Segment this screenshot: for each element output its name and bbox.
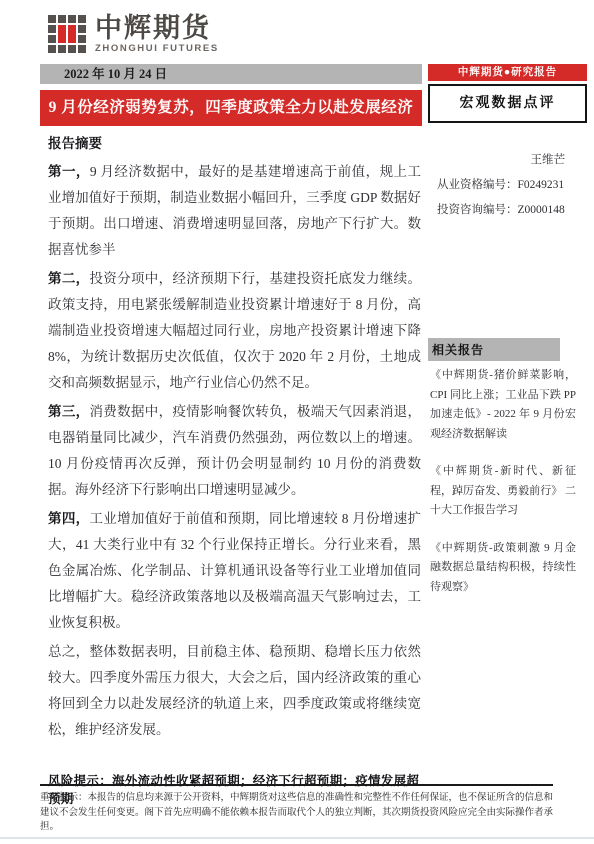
paragraph-text: 9 月经济数据中，最好的是基建增速高于前值，规上工业增加值好于预期，制造业数据小… <box>48 164 421 257</box>
related-reports-list: 《中辉期货-猪价鲜菜影响，CPI 同比上涨；工业品下跌 PP 加速走低》- 20… <box>430 366 576 615</box>
paragraph-lead: 第四， <box>48 511 89 526</box>
paragraph-text: 消费数据中，疫情影响餐饮转负，极端天气因素消退，电器销量同比减少，汽车消费仍然强… <box>48 404 421 497</box>
zhonghui-logo-icon <box>48 15 86 53</box>
analyst-qualification-no: 从业资格编号：F0249231 <box>428 173 587 198</box>
analyst-advisory-no: 投资咨询编号：Z0000148 <box>428 198 587 223</box>
disclaimer: 重要提示：本报告的信息均来源于公开资料，中辉期货对这些信息的准确性和完整性不作任… <box>40 784 553 835</box>
paragraph-text: 投资分项中，经济预期下行，基建投资托底发力继续。政策支持，用电紧张缓解制造业投资… <box>48 271 421 390</box>
paragraph-lead: 第一， <box>48 164 90 179</box>
paragraph-lead: 第二， <box>48 271 89 286</box>
brand-logo: 中辉期货 ZHONGHUI FUTURES <box>48 14 219 54</box>
report-date: 2022 年 10 月 24 日 <box>40 64 422 84</box>
summary-paragraph-5: 总之，整体数据表明，目前稳主体、稳预期、稳增长压力依然较大。四季度外需压力很大，… <box>48 639 421 743</box>
brand-text: 中辉期货 ZHONGHUI FUTURES <box>95 14 219 54</box>
related-reports-heading: 相关报告 <box>428 338 560 361</box>
summary-paragraph-4: 第四，工业增加值好于前值和预期，同比增速较 8 月份增速扩大，41 大类行业中有… <box>48 506 421 636</box>
paragraph-lead: 第三， <box>48 404 89 419</box>
summary-heading: 报告摘要 <box>48 131 421 157</box>
brand-name-en: ZHONGHUI FUTURES <box>95 43 219 54</box>
report-page: 中辉期货 ZHONGHUI FUTURES 2022 年 10 月 24 日 中… <box>0 0 594 844</box>
related-report-item: 《中辉期货-政策刺激 9 月金融数据总量结构积极，持续性待观察》 <box>430 539 576 598</box>
brand-name-cn: 中辉期货 <box>95 14 219 42</box>
paragraph-text: 工业增加值好于前值和预期，同比增速较 8 月份增速扩大，41 大类行业中有 32… <box>48 511 421 630</box>
analyst-name: 王维芒 <box>428 148 587 173</box>
bottom-divider <box>0 837 594 839</box>
report-title: 9 月份经济弱势复苏，四季度政策全力以赴发展经济 <box>40 90 422 126</box>
summary-paragraph-2: 第二，投资分项中，经济预期下行，基建投资托底发力继续。政策支持，用电紧张缓解制造… <box>48 266 421 396</box>
paragraph-text: 总之，整体数据表明，目前稳主体、稳预期、稳增长压力依然较大。四季度外需压力很大，… <box>48 644 421 737</box>
analyst-block: 王维芒 从业资格编号：F0249231 投资咨询编号：Z0000148 <box>428 148 587 223</box>
summary-paragraph-3: 第三，消费数据中，疫情影响餐饮转负，极端天气因素消退，电器销量同比减少，汽车消费… <box>48 399 421 503</box>
related-report-item: 《中辉期货-新时代、新征程，踔厉奋发、勇毅前行》 二十大工作报告学习 <box>430 462 576 521</box>
report-type-badge: 中辉期货●研究报告 <box>428 64 587 81</box>
summary-paragraph-1: 第一，9 月经济数据中，最好的是基建增速高于前值，规上工业增加值好于预期，制造业… <box>48 159 421 263</box>
related-report-item: 《中辉期货-猪价鲜菜影响，CPI 同比上涨；工业品下跌 PP 加速走低》- 20… <box>430 366 576 444</box>
report-category: 宏观数据点评 <box>428 84 587 123</box>
report-body: 报告摘要 第一，9 月经济数据中，最好的是基建增速高于前值，规上工业增加值好于预… <box>48 131 421 807</box>
